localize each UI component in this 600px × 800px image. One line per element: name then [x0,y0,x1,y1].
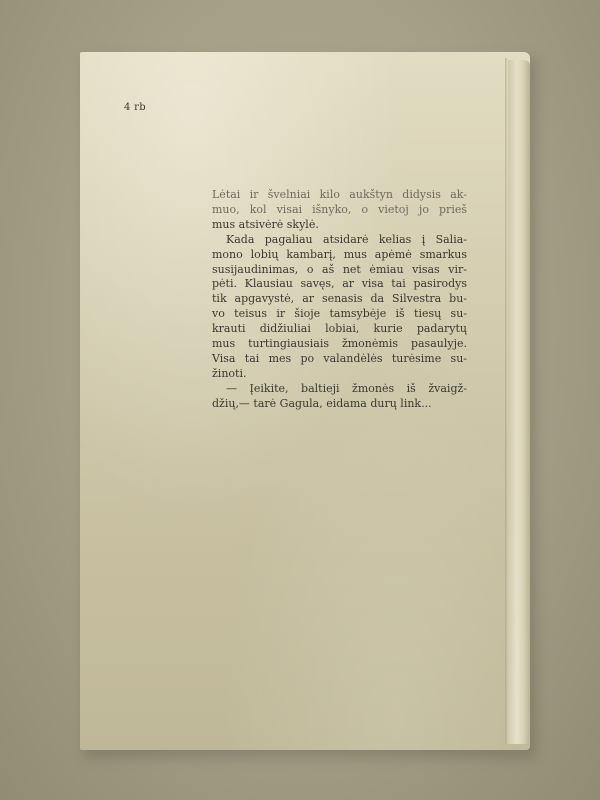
excerpt-line: Kada pagaliau atsidarė kelias į Salia- [212,233,467,248]
cover-code: 4 rb [124,102,146,113]
excerpt-line: žinoti. [212,367,467,382]
excerpt-line: Visa tai mes po valandėlės turėsime su- [212,352,467,367]
book-spine-edge [508,60,530,744]
excerpt-line: Lėtai ir švelniai kilo aukštyn didysis a… [212,188,467,203]
excerpt-line: susijaudinimas, o aš net ėmiau visas vir… [212,263,467,278]
excerpt-line: mono lobių kambarį, mus apėmė smarkus [212,248,467,263]
excerpt-line: mus atsivėrė skylė. [212,218,467,233]
excerpt-line: tik apgavystė, ar senasis da Silvestra b… [212,292,467,307]
excerpt-line: mus turtingiausiais žmonėmis pasaulyje. [212,337,467,352]
book-excerpt: Lėtai ir švelniai kilo aukštyn didysis a… [212,188,467,412]
excerpt-line: muo, kol visai išnyko, o vietoj jo prieš [212,203,467,218]
excerpt-line: vo teisus ir šioje tamsybėje iš tiesų su… [212,307,467,322]
excerpt-line: pėti. Klausiau savęs, ar visa tai pasiro… [212,277,467,292]
excerpt-line: krauti didžiuliai lobiai, kurie padarytų [212,322,467,337]
excerpt-line: džių,— tarė Gagula, eidama durų link... [212,397,467,412]
excerpt-line: — Įeikite, baltieji žmonės iš žvaigž- [212,382,467,397]
